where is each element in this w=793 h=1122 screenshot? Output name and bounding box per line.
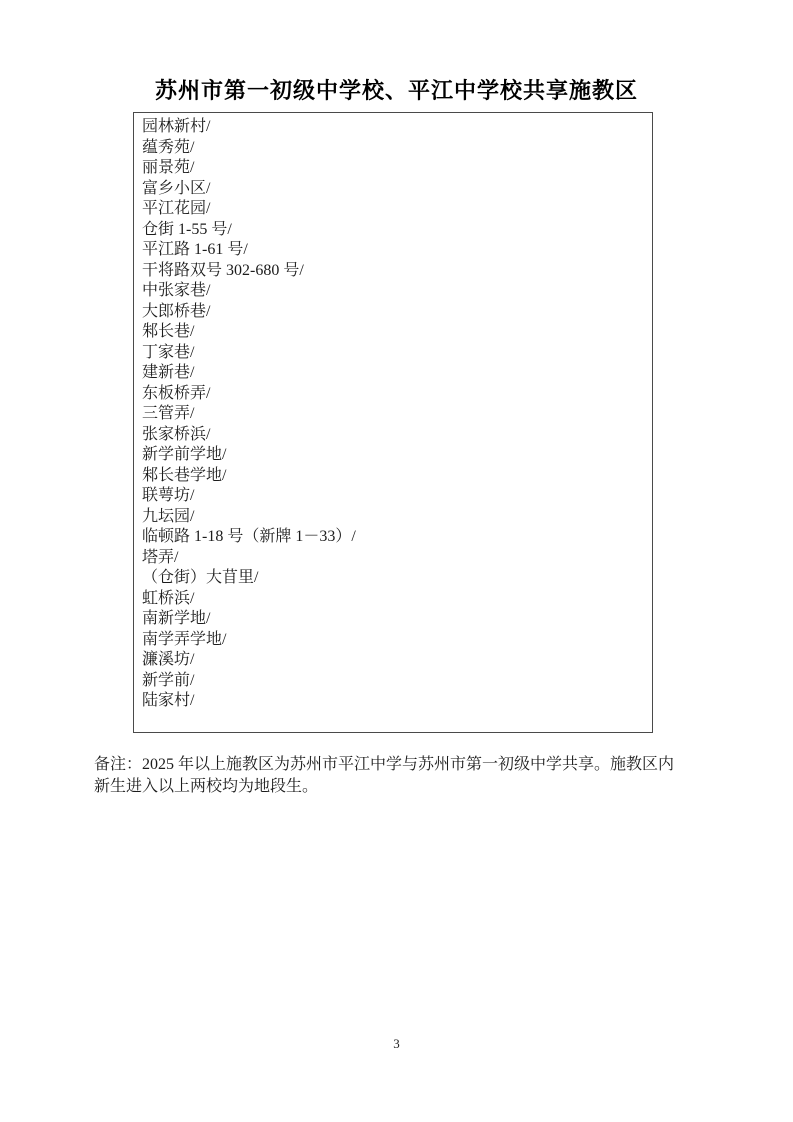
district-list-item: 仓街 1-55 号/ xyxy=(142,220,644,241)
district-list-item: 邾长巷学地/ xyxy=(142,466,644,487)
district-list-item: 南新学地/ xyxy=(142,609,644,630)
note-text: 备注：2025 年以上施教区为苏州市平江中学与苏州市第一初级中学共享。施教区内 … xyxy=(94,754,710,797)
district-list-item: 虹桥浜/ xyxy=(142,589,644,610)
district-list-item: 濂溪坊/ xyxy=(142,650,644,671)
district-list-item: 园林新村/ xyxy=(142,117,644,138)
district-list-item: 蕴秀苑/ xyxy=(142,138,644,159)
district-list-item: 丽景苑/ xyxy=(142,158,644,179)
district-list-item: 张家桥浜/ xyxy=(142,425,644,446)
district-list-item: 陆家村/ xyxy=(142,691,644,712)
district-list-item: 富乡小区/ xyxy=(142,179,644,200)
district-list-item: 大郎桥巷/ xyxy=(142,302,644,323)
district-list-item: 新学前学地/ xyxy=(142,445,644,466)
district-list-item: 干将路双号 302-680 号/ xyxy=(142,261,644,282)
document-title: 苏州市第一初级中学校、平江中学校共享施教区 xyxy=(0,74,793,105)
district-list-item: 丁家巷/ xyxy=(142,343,644,364)
note-line-1: 备注：2025 年以上施教区为苏州市平江中学与苏州市第一初级中学共享。施教区内 xyxy=(94,754,710,776)
district-list-item: 塔弄/ xyxy=(142,548,644,569)
district-list-item: 三管弄/ xyxy=(142,404,644,425)
district-list: 园林新村/蕴秀苑/丽景苑/富乡小区/平江花园/仓街 1-55 号/平江路 1-6… xyxy=(142,117,644,712)
document-page: 苏州市第一初级中学校、平江中学校共享施教区 园林新村/蕴秀苑/丽景苑/富乡小区/… xyxy=(0,0,793,1122)
district-list-item: 建新巷/ xyxy=(142,363,644,384)
district-list-item: 南学弄学地/ xyxy=(142,630,644,651)
district-list-item: （仓街）大苜里/ xyxy=(142,568,644,589)
note-line-2: 新生进入以上两校均为地段生。 xyxy=(94,776,710,798)
district-list-item: 东板桥弄/ xyxy=(142,384,644,405)
district-list-item: 九坛园/ xyxy=(142,507,644,528)
district-list-item: 联萼坊/ xyxy=(142,486,644,507)
district-list-item: 平江花园/ xyxy=(142,199,644,220)
district-list-item: 新学前/ xyxy=(142,671,644,692)
page-number: 3 xyxy=(0,1036,793,1052)
district-list-box: 园林新村/蕴秀苑/丽景苑/富乡小区/平江花园/仓街 1-55 号/平江路 1-6… xyxy=(133,112,653,733)
district-list-item: 临顿路 1-18 号（新牌 1－33）/ xyxy=(142,527,644,548)
district-list-item: 中张家巷/ xyxy=(142,281,644,302)
district-list-item: 平江路 1-61 号/ xyxy=(142,240,644,261)
district-list-item: 邾长巷/ xyxy=(142,322,644,343)
